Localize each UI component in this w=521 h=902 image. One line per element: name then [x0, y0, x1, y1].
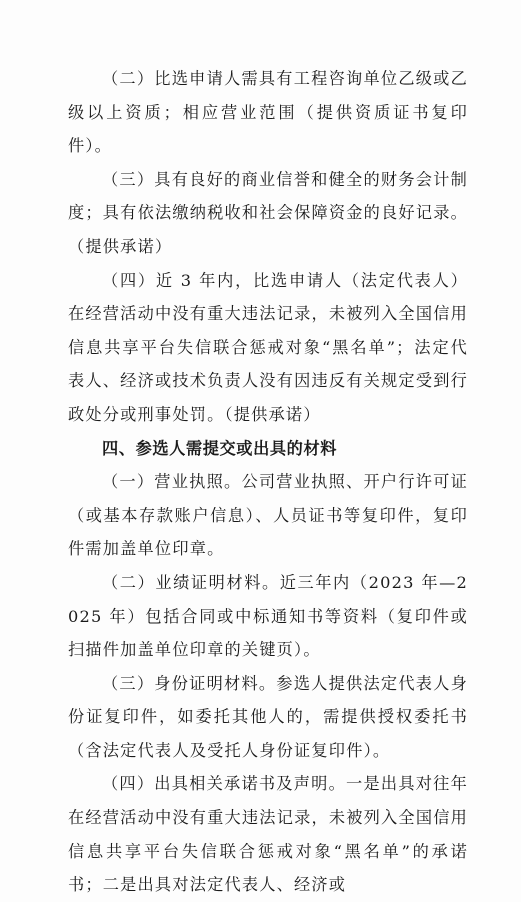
section-heading-required-materials: 四、参选人需提交或出具的材料 — [68, 432, 468, 466]
paragraph-business-license: （一）营业执照。公司营业执照、开户行许可证（或基本存款账户信息）、人员证书等复印… — [68, 465, 468, 566]
paragraph-business-credit: （三）具有良好的商业信誉和健全的财务会计制度；具有依法缴纳税收和社会保障资金的良… — [68, 163, 468, 264]
paragraph-identity-proof: （三）身份证明材料。参选人提供法定代表人身份证复印件，如委托其他人的，需提供授权… — [68, 667, 468, 673]
paragraph-no-violations: （四）近 3 年内，比选申请人（法定代表人）在经营活动中没有重大违法记录，未被列… — [68, 264, 468, 432]
paragraph-performance-proof: （二）业绩证明材料。近三年内（2023 年—2025 年）包括合同或中标通知书等… — [68, 566, 468, 667]
document-page: （二）比选申请人需具有工程咨询单位乙级或乙级以上资质；相应营业范围（提供资质证书… — [0, 0, 521, 673]
paragraph-qualification-level: （二）比选申请人需具有工程咨询单位乙级或乙级以上资质；相应营业范围（提供资质证书… — [68, 62, 468, 163]
document-body: （二）比选申请人需具有工程咨询单位乙级或乙级以上资质；相应营业范围（提供资质证书… — [68, 62, 468, 673]
